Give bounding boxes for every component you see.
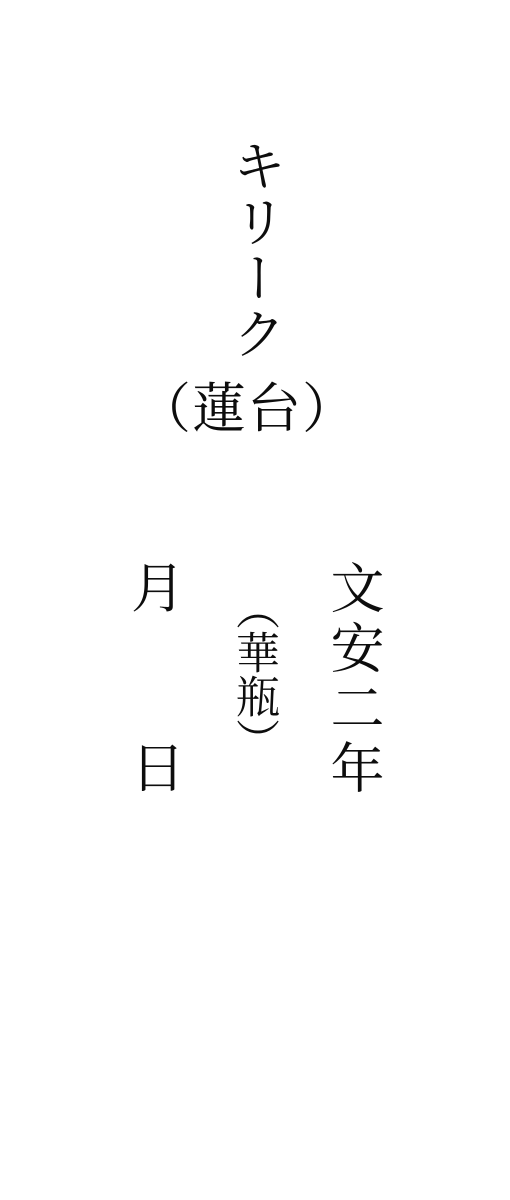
era-year-vertical-text: 文安二年 bbox=[326, 560, 380, 800]
seed-syllable-vertical-text: キリーク bbox=[228, 138, 282, 362]
document-page: キリーク （蓮台） 文安二年 （華瓶） 月 日 bbox=[0, 0, 510, 1200]
day-label: 日 bbox=[131, 742, 185, 796]
lotus-pedestal-note: （蓮台） bbox=[137, 382, 357, 436]
month-day-column: 月 日 bbox=[131, 562, 185, 796]
flower-vase-note-vertical-text: （華瓶） bbox=[231, 586, 275, 762]
month-label: 月 bbox=[131, 562, 185, 616]
blank-date-gap bbox=[131, 616, 185, 742]
